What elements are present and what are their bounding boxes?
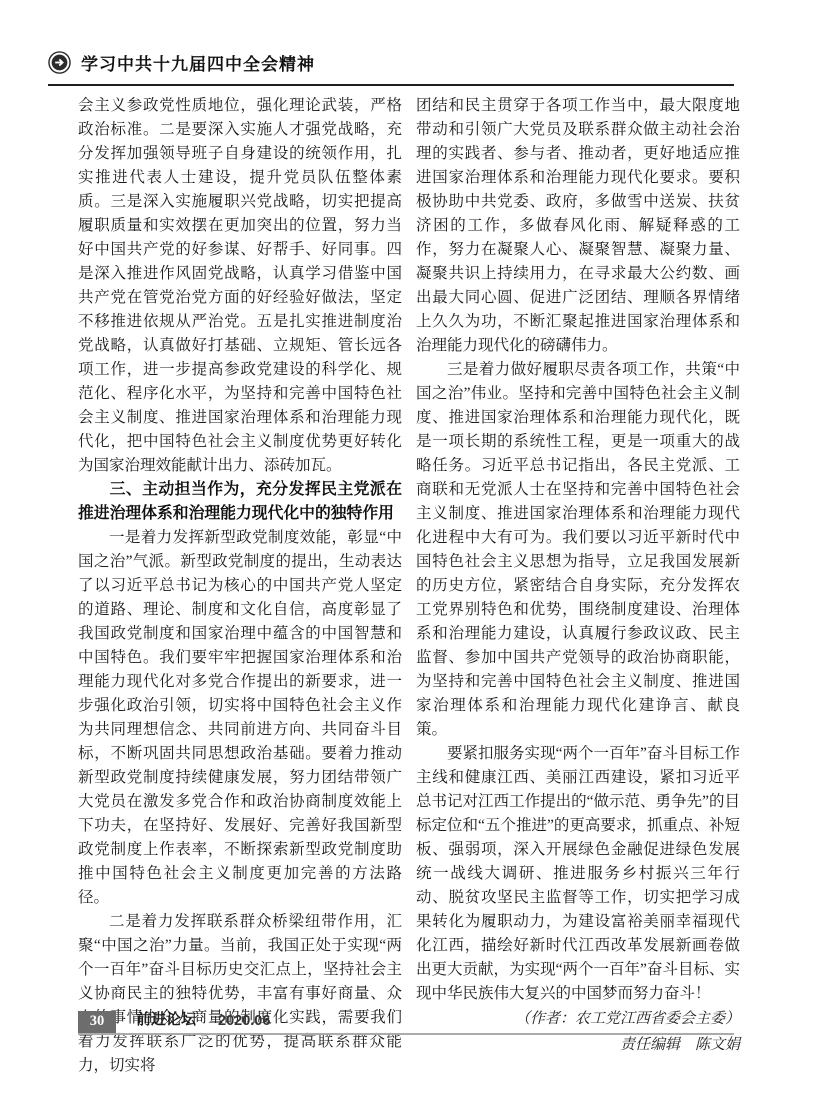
paragraph: 二是着力发挥联系群众桥梁纽带作用，汇聚“中国之治”力量。当前，我国正处于实现“两… bbox=[78, 910, 402, 1078]
paragraph: 三是着力做好履职尽责各项工作，共策“中国之治”伟业。坚持和完善中国特色社会主义制… bbox=[416, 358, 740, 742]
section-title: 学习中共十九届四中全会精神 bbox=[81, 50, 315, 75]
page-header: 学习中共十九届四中全会精神 bbox=[48, 50, 734, 86]
paragraph: 要紧扣服务实现“两个一百年”奋斗目标工作主线和健康江西、美丽江西建设，紧扣习近平… bbox=[416, 742, 740, 1006]
issue-number: 2020.06 bbox=[218, 1013, 270, 1033]
left-column: 会主义参政党性质地位，强化理论武装，严格政治标准。二是要深入实施人才强党战略，充… bbox=[78, 94, 402, 1078]
page-footer: 30 前进论坛 2020.06 bbox=[78, 1008, 734, 1035]
page-number-badge: 30 bbox=[78, 1011, 116, 1033]
document-page: 学习中共十九届四中全会精神 会主义参政党性质地位，强化理论武装，严格政治标准。二… bbox=[0, 0, 816, 1099]
paragraph: 一是着力发挥新型政党制度效能，彰显“中国之治”气派。新型政党制度的提出，生动表达… bbox=[78, 526, 402, 910]
paragraph-continued: 会主义参政党性质地位，强化理论武装，严格政治标准。二是要深入实施人才强党战略，充… bbox=[78, 94, 402, 478]
paragraph-continued: 团结和民主贯穿于各项工作当中，最大限度地带动和引领广大党员及联系群众做主动社会治… bbox=[416, 94, 740, 358]
arrow-circle-icon bbox=[48, 51, 71, 74]
section-heading: 三、主动担当作为，充分发挥民主党派在推进治理体系和治理能力现代化中的独特作用 bbox=[78, 478, 402, 526]
right-column: 团结和民主贯穿于各项工作当中，最大限度地带动和引领广大党员及联系群众做主动社会治… bbox=[416, 94, 740, 1078]
journal-name: 前进论坛 bbox=[136, 1008, 196, 1033]
article-body: 会主义参政党性质地位，强化理论武装，严格政治标准。二是要深入实施人才强党战略，充… bbox=[78, 94, 740, 1078]
editor-line: 责任编辑 陈文娟 bbox=[416, 1032, 740, 1058]
